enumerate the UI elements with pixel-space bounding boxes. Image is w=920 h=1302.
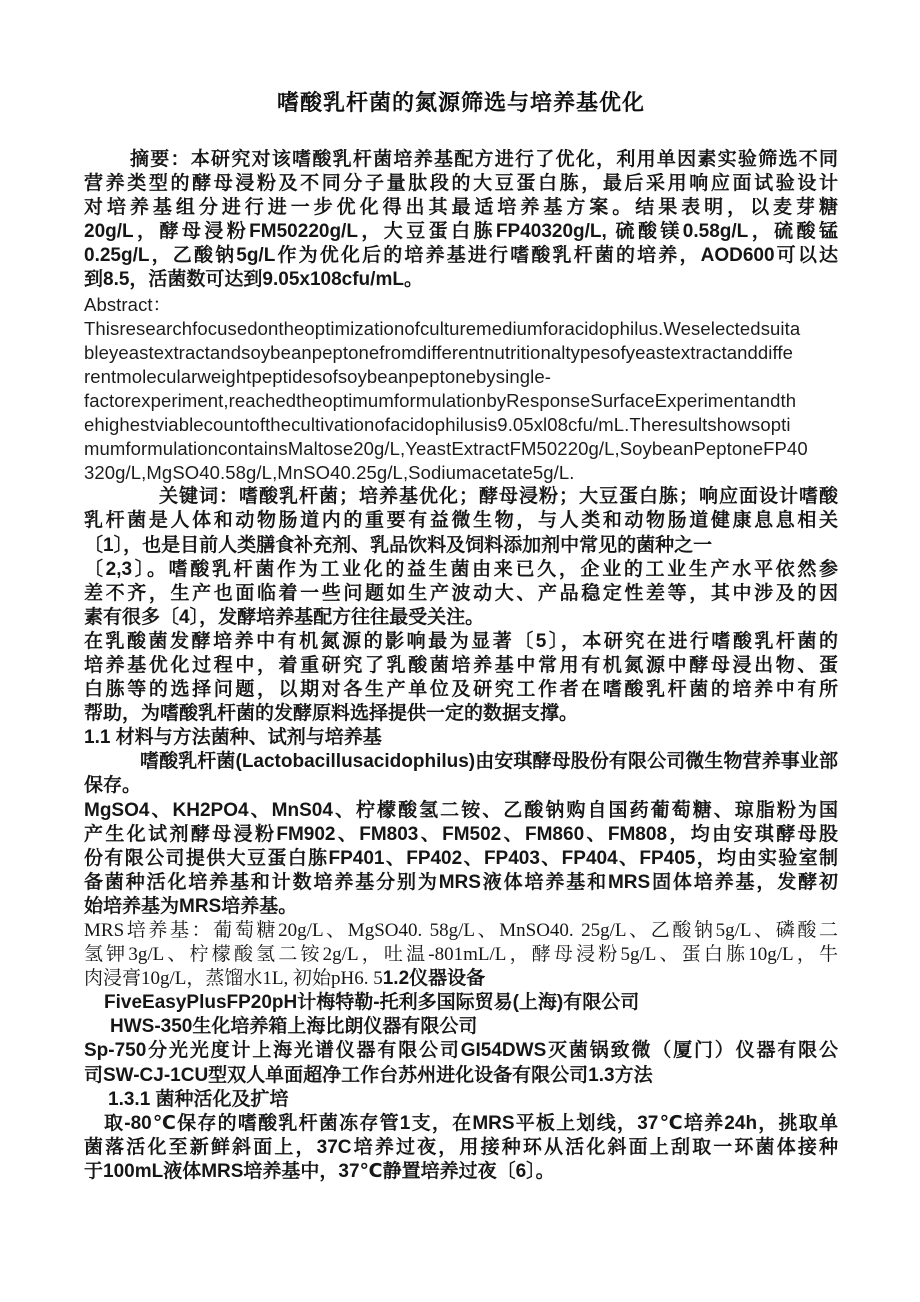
text-line: 320g/L,MgSO40.58g/L,MnSO40.25g/L,Sodiuma… — [84, 461, 838, 485]
text-run: ehighestviablecountofthecultivationofaci… — [84, 414, 791, 435]
document-page: 嗜酸乳杆菌的氮源筛选与培养基优化 摘要：本研究对该嗜酸乳杆菌培养基配方进行了优化… — [0, 0, 920, 1302]
text-line: Thisresearchfocusedontheoptimizationofcu… — [84, 317, 838, 341]
text-line: Sp-750分光光度计上海光谱仪器有限公司GI54DWS灭菌锅致微（厦门）仪器有… — [84, 1039, 838, 1063]
text-line: 摘要：本研究对该嗜酸乳杆菌培养基配方进行了优化，利用单因素实验筛选不同 — [84, 148, 838, 172]
text-run: 20g/L，酵母浸粉FM50220g/L，大豆蛋白胨FP40320g/L, 硫酸… — [84, 221, 838, 242]
text-run: 份有限公司提供大豆蛋白胨FP401、FP402、FP403、FP404、FP40… — [84, 848, 838, 869]
text-line: 0.25g/L，乙酸钠5g/L作为优化后的培养基进行嗜酸乳杆菌的培养，AOD60… — [84, 244, 838, 268]
text-line: 素有很多〔4〕，发酵培养基配方往往最受关注。 — [84, 606, 838, 630]
text-line: 培养基优化过程中，着重研究了乳酸菌培养基中常用有机氮源中酵母浸出物、蛋 — [84, 654, 838, 678]
text-run: MgSO4、KH2PO4、MnS04、柠檬酸氢二铵、乙酸钠购自国药葡萄糖、琼脂粉… — [84, 800, 838, 821]
text-run: HWS-350生化培养箱上海比朗仪器有限公司 — [110, 1016, 477, 1037]
text-line: HWS-350生化培养箱上海比朗仪器有限公司 — [84, 1015, 838, 1039]
text-run: 1.2仪器设备 — [383, 968, 485, 989]
text-run: 于100mL液体MRS培养基中，37℃静置培养过夜〔6〕。 — [84, 1161, 555, 1182]
text-run: 0.25g/L，乙酸钠5g/L作为优化后的培养基进行嗜酸乳杆菌的培养，AOD60… — [84, 245, 838, 266]
text-run: 1.1 材料与方法菌种、试剂与培养基 — [84, 727, 382, 748]
text-line: 到8.5，活菌数可达到9.05x108cfu/mL。 — [84, 268, 838, 292]
text-line: 〔1〕，也是目前人类膳食补充剂、乳品饮料及饲料添加剂中常见的菌种之一 — [84, 534, 838, 558]
text-line: 对培养基组分进行进一步优化得出其最适培养基方案。结果表明，以麦芽糖 — [84, 196, 838, 220]
text-run: Sp-750分光光度计上海光谱仪器有限公司GI54DWS灭菌锅致微（厦门）仪器有… — [84, 1040, 838, 1061]
text-line: ehighestviablecountofthecultivationofaci… — [84, 413, 838, 437]
text-line: 产生化试剂酵母浸粉FM902、FM803、FM502、FM860、FM808，均… — [84, 823, 838, 847]
text-run: Abstract： — [84, 294, 171, 315]
document-body: 摘要：本研究对该嗜酸乳杆菌培养基配方进行了优化，利用单因素实验筛选不同营养类型的… — [84, 148, 838, 1184]
text-line: rentmolecularweightpeptidesofsoybeanpept… — [84, 365, 838, 389]
text-run: 营养类型的酵母浸粉及不同分子量肽段的大豆蛋白胨，最后采用响应面试验设计 — [84, 173, 838, 194]
text-run: 到8.5，活菌数可达到9.05x108cfu/mL。 — [84, 269, 423, 290]
text-line: 关键词：嗜酸乳杆菌；培养基优化；酵母浸粉；大豆蛋白胨；响应面设计嗜酸 — [84, 485, 838, 509]
text-run: 关键词：嗜酸乳杆菌；培养基优化；酵母浸粉；大豆蛋白胨；响应面设计嗜酸 — [159, 486, 838, 507]
text-run: 白胨等的选择问题，以期对各生产单位及研究工作者在嗜酸乳杆菌的培养中有所 — [84, 679, 838, 700]
text-run: 司SW-CJ-1CU型双人单面超净工作台苏州进化设备有限公司1.3方法 — [84, 1065, 653, 1086]
text-line: 白胨等的选择问题，以期对各生产单位及研究工作者在嗜酸乳杆菌的培养中有所 — [84, 678, 838, 702]
text-line: 备菌种活化培养基和计数培养基分别为MRS液体培养基和MRS固体培养基，发酵初 — [84, 871, 838, 895]
text-run: 乳杆菌是人体和动物肠道内的重要有益微生物，与人类和动物肠道健康息息相关 — [84, 510, 838, 531]
text-line: 1.3.1 菌种活化及扩培 — [84, 1088, 838, 1112]
text-line: FiveEasyPlusFP20pH计梅特勒-托利多国际贸易(上海)有限公司 — [84, 991, 838, 1015]
text-line: 始培养基为MRS培养基。 — [84, 895, 838, 919]
text-line: 份有限公司提供大豆蛋白胨FP401、FP402、FP403、FP404、FP40… — [84, 847, 838, 871]
text-run: 取-80℃保存的嗜酸乳杆菌冻存管1支，在MRS平板上划线，37℃培养24h，挑取… — [104, 1113, 838, 1134]
text-run: 帮助，为嗜酸乳杆菌的发酵原料选择提供一定的数据支撑。 — [84, 703, 578, 724]
text-run: 备菌种活化培养基和计数培养基分别为MRS液体培养基和MRS固体培养基，发酵初 — [84, 872, 838, 893]
text-run: 培养基优化过程中，着重研究了乳酸菌培养基中常用有机氮源中酵母浸出物、蛋 — [84, 655, 838, 676]
text-line: Abstract： — [84, 293, 838, 317]
text-run: 320g/L,MgSO40.58g/L,MnSO40.25g/L,Sodiuma… — [84, 462, 575, 483]
text-run: 始培养基为MRS培养基。 — [84, 896, 297, 917]
text-run: mumformulationcontainsMaltose20g/L,Yeast… — [84, 438, 808, 459]
text-run: 菌落活化至新鲜斜面上，37C培养过夜，用接种环从活化斜面上刮取一环菌体接种 — [84, 1137, 838, 1158]
document-title: 嗜酸乳杆菌的氮源筛选与培养基优化 — [84, 86, 838, 117]
text-run: MRS培养基：葡萄糖20g/L、MgSO40. 58g/L、MnSO40. 25… — [84, 920, 838, 941]
text-line: 帮助，为嗜酸乳杆菌的发酵原料选择提供一定的数据支撑。 — [84, 702, 838, 726]
text-line: MgSO4、KH2PO4、MnS04、柠檬酸氢二铵、乙酸钠购自国药葡萄糖、琼脂粉… — [84, 799, 838, 823]
text-line: 差不齐，生产也面临着一些问题如生产波动大、产品稳定性差等，其中涉及的因 — [84, 582, 838, 606]
text-line: 在乳酸菌发酵培养中有机氮源的影响最为显著〔5〕，本研究在进行嗜酸乳杆菌的 — [84, 630, 838, 654]
text-line: 于100mL液体MRS培养基中，37℃静置培养过夜〔6〕。 — [84, 1160, 838, 1184]
text-line: 乳杆菌是人体和动物肠道内的重要有益微生物，与人类和动物肠道健康息息相关 — [84, 509, 838, 533]
text-line: 20g/L，酵母浸粉FM50220g/L，大豆蛋白胨FP40320g/L, 硫酸… — [84, 220, 838, 244]
text-line: 营养类型的酵母浸粉及不同分子量肽段的大豆蛋白胨，最后采用响应面试验设计 — [84, 172, 838, 196]
text-line: mumformulationcontainsMaltose20g/L,Yeast… — [84, 437, 838, 461]
text-run: Thisresearchfocusedontheoptimizationofcu… — [84, 318, 800, 339]
text-line: factorexperiment,reachedtheoptimumformul… — [84, 389, 838, 413]
text-line: MRS培养基：葡萄糖20g/L、MgSO40. 58g/L、MnSO40. 25… — [84, 919, 838, 943]
text-run: 1.3.1 菌种活化及扩培 — [108, 1089, 289, 1110]
text-line: 嗜酸乳杆菌(Lactobacillusacidophilus)由安琪酵母股份有限… — [84, 750, 838, 774]
text-line: 1.1 材料与方法菌种、试剂与培养基 — [84, 726, 838, 750]
text-run: 差不齐，生产也面临着一些问题如生产波动大、产品稳定性差等，其中涉及的因 — [84, 583, 838, 604]
text-line: 取-80℃保存的嗜酸乳杆菌冻存管1支，在MRS平板上划线，37℃培养24h，挑取… — [84, 1112, 838, 1136]
text-line: 菌落活化至新鲜斜面上，37C培养过夜，用接种环从活化斜面上刮取一环菌体接种 — [84, 1136, 838, 1160]
text-run: rentmolecularweightpeptidesofsoybeanpept… — [84, 366, 551, 387]
text-run: 素有很多〔4〕，发酵培养基配方往往最受关注。 — [84, 607, 484, 628]
text-run: 嗜酸乳杆菌(Lactobacillusacidophilus)由安琪酵母股份有限… — [140, 751, 838, 772]
text-run: bleyeastextractandsoybeanpeptonefromdiff… — [84, 342, 793, 363]
text-run: 〔2,3〕。嗜酸乳杆菌作为工业化的益生菌由来已久，企业的工业生产水平依然参 — [84, 559, 838, 580]
text-run: 保存。 — [84, 775, 141, 796]
text-run: 在乳酸菌发酵培养中有机氮源的影响最为显著〔5〕，本研究在进行嗜酸乳杆菌的 — [84, 631, 838, 652]
text-run: 肉浸膏10g/L，蒸馏水1L, 初始pH6. 5 — [84, 968, 383, 989]
text-line: 保存。 — [84, 774, 838, 798]
text-run: 对培养基组分进行进一步优化得出其最适培养基方案。结果表明，以麦芽糖 — [84, 197, 838, 218]
text-run: 氢钾3g/L、柠檬酸氢二铵2g/L，吐温-801mL/L，酵母浸粉5g/L、蛋白… — [84, 944, 838, 965]
text-run: 摘要：本研究对该嗜酸乳杆菌培养基配方进行了优化，利用单因素实验筛选不同 — [130, 149, 838, 170]
text-line: 〔2,3〕。嗜酸乳杆菌作为工业化的益生菌由来已久，企业的工业生产水平依然参 — [84, 558, 838, 582]
text-line: 氢钾3g/L、柠檬酸氢二铵2g/L，吐温-801mL/L，酵母浸粉5g/L、蛋白… — [84, 943, 838, 967]
text-line: bleyeastextractandsoybeanpeptonefromdiff… — [84, 341, 838, 365]
text-run: FiveEasyPlusFP20pH计梅特勒-托利多国际贸易(上海)有限公司 — [104, 992, 639, 1013]
text-run: 〔1〕，也是目前人类膳食补充剂、乳品饮料及饲料添加剂中常见的菌种之一 — [84, 535, 712, 556]
text-run: factorexperiment,reachedtheoptimumformul… — [84, 390, 796, 411]
text-line: 司SW-CJ-1CU型双人单面超净工作台苏州进化设备有限公司1.3方法 — [84, 1064, 838, 1088]
text-line: 肉浸膏10g/L，蒸馏水1L, 初始pH6. 51.2仪器设备 — [84, 967, 838, 991]
text-run: 产生化试剂酵母浸粉FM902、FM803、FM502、FM860、FM808，均… — [84, 824, 838, 845]
